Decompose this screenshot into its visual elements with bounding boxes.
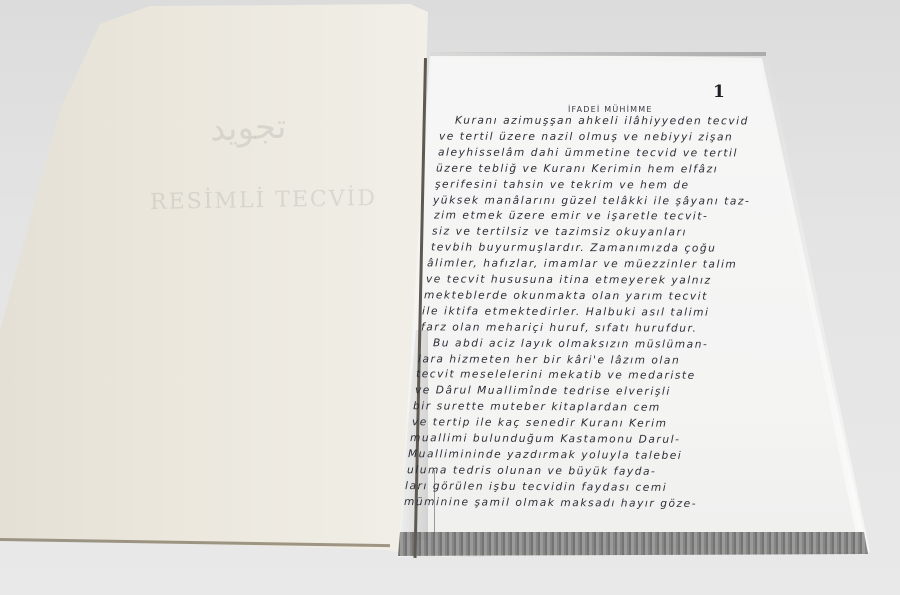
- handwritten-line: Bu abdi aciz layık olmaksızın müslüman-: [433, 337, 708, 350]
- handwritten-line: Muallimininde yazdırmak yoluyla talebei: [408, 448, 682, 462]
- handwritten-line: bir surette muteber kitaplardan cem: [413, 400, 661, 413]
- handwritten-line: ları görülen işbu tecvidin faydası cemi: [405, 480, 667, 494]
- right-page-top-edge: [430, 52, 766, 56]
- handwritten-line: yüksek manâlarını güzel telâkki ile şâya…: [433, 194, 750, 207]
- page-title: İFADEİ MÜHİMME: [568, 105, 653, 114]
- bleed-through-latin-title: RESİMLİ TECVİD: [150, 186, 377, 215]
- handwritten-line: uluma tedris olunan ve büyük fayda-: [407, 464, 656, 478]
- handwritten-line: üzere tebliğ ve Kuranı Kerimin hem elfâz…: [436, 162, 718, 175]
- handwritten-line: ve Dârul Muallimînde tedrise elverişli: [415, 385, 671, 398]
- page-number: 1: [713, 82, 725, 102]
- handwritten-line: şerifesini tahsin ve tekrim ve hem de: [435, 178, 690, 191]
- handwritten-line: lara hizmeten her bir kâri'e lâzım olan: [418, 353, 680, 366]
- handwritten-line: ve tecvit hususuna itina etmeyerek yalnı…: [425, 273, 711, 286]
- handwritten-line: zim etmek üzere emir ve işaretle tecvit-: [434, 210, 708, 223]
- handwritten-line: muallimi bulunduğum Kastamonu Darul-: [410, 432, 681, 446]
- handwritten-line: farz olan mehariçi huruf, sıfatı hurufdu…: [421, 321, 697, 334]
- handwritten-line: Kuranı azimuşşan ahkeli ilâhiyyeden tecv…: [455, 115, 749, 128]
- left-page-blank: تجويد RESİMLİ TECVİD: [0, 0, 430, 560]
- photocopy-toner-bottom: [398, 532, 868, 556]
- handwritten-line: siz ve tertilsiz ve tazimsiz okuyanları: [432, 226, 687, 239]
- handwritten-line: tevbih buyurmuşlardır. Zamanımızda çoğu: [431, 242, 716, 255]
- handwritten-line: ile iktifa etmektedirler. Halbuki asıl t…: [422, 305, 710, 318]
- handwritten-line: müminine şamil olmak maksadı hayır göze-: [404, 496, 697, 510]
- handwritten-line: âlimler, hafızlar, imamlar ve müezzinler…: [427, 257, 737, 270]
- handwritten-line: mekteblerde okunmakta olan yarım tecvit: [424, 289, 708, 302]
- handwritten-line: aleyhisselâm dahi ümmetine tecvid ve ter…: [438, 146, 738, 159]
- handwritten-line: tecvit meselelerini mekatib ve medariste: [416, 369, 696, 383]
- handwritten-line: ve tertip ile kaç senedir Kuranı Kerim: [412, 416, 668, 430]
- bleed-through-arabic-title: تجويد: [209, 107, 287, 150]
- handwritten-line: ve tertil üzere nazil olmuş ve nebiyyi z…: [439, 130, 733, 143]
- photo-scene: تجويد RESİMLİ TECVİD 1 İFADEİ MÜHİMME Ku…: [0, 0, 900, 595]
